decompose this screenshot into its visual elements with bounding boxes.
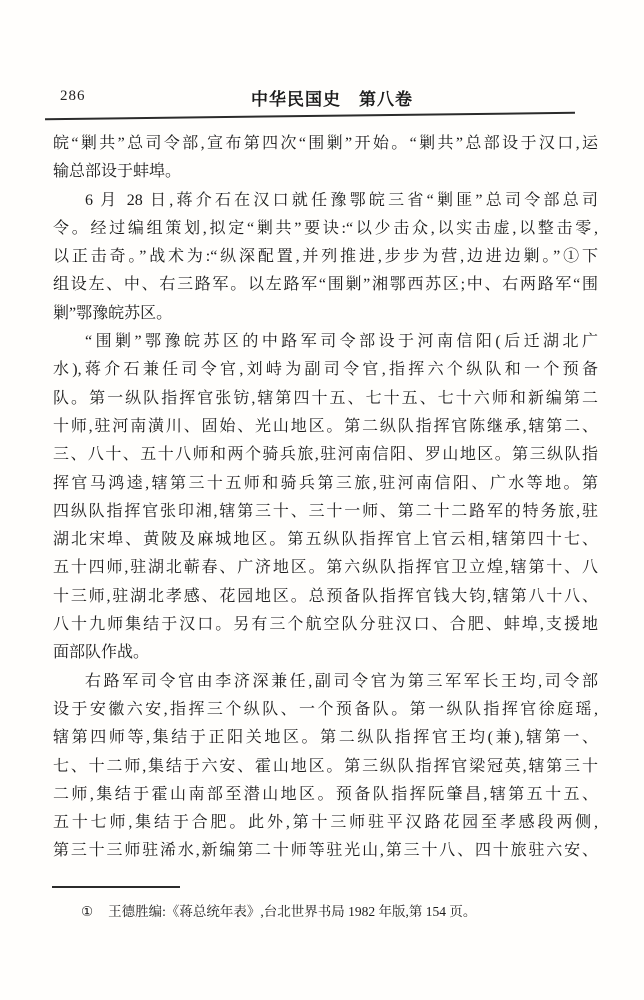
body-line: 十三师,驻湖北孝感、花园地区。总预备队指挥官钱大钧,辖第八十八、 — [53, 583, 598, 611]
footnote-marker: ① — [81, 902, 93, 922]
body-line: 组设左、中、右三路军。以左路军“围剿”湘鄂西苏区;中、右两路军“围 — [53, 271, 598, 299]
body-line: 6 月 28 日,蒋介石在汉口就任豫鄂皖三省“剿匪”总司令部总司 — [53, 187, 598, 215]
body-line: 五十七师,集结于合肥。此外,第十三师驻平汉路花园至孝感段两侧, — [53, 809, 598, 837]
body-line: 辖第四师等,集结于正阳关地区。第二纵队指挥官王均(兼),辖第一、 — [53, 724, 598, 752]
body-line: 水),蒋介石兼任司令官,刘峙为副司令官,指挥六个纵队和一个预备 — [53, 356, 598, 384]
body-text: 皖“剿共”总司令部,宣布第四次“围剿”开始。“剿共”总部设于汉口,运输总部设于蚌… — [53, 130, 598, 866]
body-line: “围剿”鄂豫皖苏区的中路军司令部设于河南信阳(后迁湖北广 — [53, 328, 598, 356]
book-page: 286 中华民国史 第八卷 皖“剿共”总司令部,宣布第四次“围剿”开始。“剿共”… — [0, 0, 644, 1000]
body-line: 第三十三师驻浠水,新编第二十师等驻光山,第三十八、四十旅驻六安、 — [53, 837, 598, 865]
body-line: 五十四师,驻湖北蕲春、广济地区。第六纵队指挥官卫立煌,辖第十、八 — [53, 554, 598, 582]
running-head-title: 中华民国史 第八卷 — [10, 85, 644, 110]
body-line: 以正击奇。”战术为:“纵深配置,并列推进,步步为营,边进边剿。”①下 — [53, 243, 598, 271]
body-line: 皖“剿共”总司令部,宣布第四次“围剿”开始。“剿共”总部设于汉口,运 — [53, 130, 598, 158]
footnote: ① 王德胜编:《蒋总统年表》,台北世界书局 1982 年版,第 154 页。 — [81, 902, 476, 922]
body-line: 八十九师集结于汉口。另有三个航空队分驻汉口、合肥、蚌埠,支援地 — [53, 611, 598, 639]
body-line: 右路军司令官由李济深兼任,副司令官为第三军军长王均,司令部 — [53, 668, 598, 696]
body-line: 输总部设于蚌埠。 — [53, 158, 598, 186]
body-line: 湖北宋埠、黄陂及麻城地区。第五纵队指挥官上官云相,辖第四十七、 — [53, 526, 598, 554]
body-line: 十师,驻河南潢川、固始、光山地区。第二纵队指挥官陈继承,辖第二、 — [53, 413, 598, 441]
body-line: 七、十二师,集结于六安、霍山地区。第三纵队指挥官梁冠英,辖第三十 — [53, 753, 598, 781]
body-line: 令。经过编组策划,拟定“剿共”要诀:“以少击众,以实击虚,以整击零, — [53, 215, 598, 243]
header-rule — [45, 112, 575, 120]
footnote-rule — [52, 886, 180, 888]
body-line: 二师,集结于霍山南部至潜山地区。预备队指挥阮肇昌,辖第五十五、 — [53, 781, 598, 809]
body-line: 挥官马鸿逵,辖第三十五师和骑兵第三旅,驻河南信阳、广水等地。第 — [53, 470, 598, 498]
body-line: 剿”鄂豫皖苏区。 — [53, 300, 598, 328]
footnote-text: 王德胜编:《蒋总统年表》,台北世界书局 1982 年版,第 154 页。 — [108, 902, 476, 922]
body-line: 队。第一纵队指挥官张钫,辖第四十五、七十五、七十六师和新编第二 — [53, 385, 598, 413]
body-line: 设于安徽六安,指挥三个纵队、一个预备队。第一纵队指挥官徐庭瑶, — [53, 696, 598, 724]
body-line: 四纵队指挥官张印湘,辖第三十、三十一师、第二十二路军的特务旅,驻 — [53, 498, 598, 526]
body-line: 面部队作战。 — [53, 639, 598, 667]
body-line: 三、八十、五十八师和两个骑兵旅,驻河南信阳、罗山地区。第三纵队指 — [53, 441, 598, 469]
